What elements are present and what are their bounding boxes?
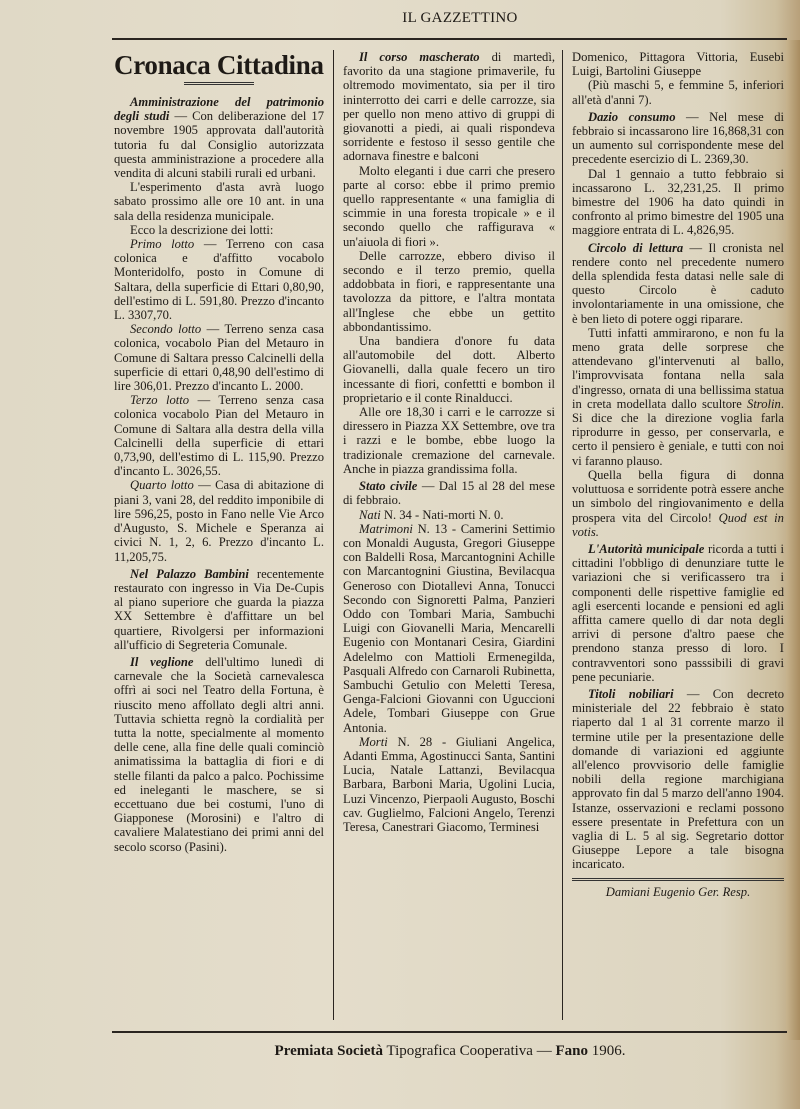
marriages: Matrimoni N. 13 - Camerini Settimio con … xyxy=(343,522,555,735)
deaths: Morti N. 28 - Giuliani Angelica, Adanti … xyxy=(343,735,555,834)
article-dazio-consumo: Dazio consumo — Nel mese di febbraio si … xyxy=(572,110,784,167)
lot-4: Quarto lotto — Casa di abitazione di pia… xyxy=(114,478,324,563)
column-divider xyxy=(562,50,563,1020)
paragraph: Ecco la descrizione dei lotti: xyxy=(114,223,324,237)
article-palazzo-bambini: Nel Palazzo Bambini recentemente restaur… xyxy=(114,567,324,652)
deaths-continued: Domenico, Pittagora Vittoria, Eusebi Lui… xyxy=(572,50,784,78)
binding-edge xyxy=(786,40,800,1040)
paragraph: Molto eleganti i due carri che presero p… xyxy=(343,164,555,249)
paragraph: (Più maschi 5, e femmine 5, inferiori al… xyxy=(572,78,784,106)
paragraph: Delle carrozze, ebbero diviso il secondo… xyxy=(343,249,555,334)
article-corso-mascherato: Il corso mascherato di martedì, favorito… xyxy=(343,50,555,164)
section-title: Cronaca Cittadina xyxy=(114,50,324,80)
masthead: IL GAZZETTINO xyxy=(380,10,540,27)
column-2: Il corso mascherato di martedì, favorito… xyxy=(343,50,555,834)
bottom-rule xyxy=(112,1031,787,1033)
signature-rule xyxy=(572,878,784,881)
lot-2: Secondo lotto — Terreno senza casa colon… xyxy=(114,322,324,393)
top-rule xyxy=(112,38,787,40)
paragraph: Quella bella figura di donna voluttuosa … xyxy=(572,468,784,539)
lot-3: Terzo lotto — Terreno senza casa colonic… xyxy=(114,393,324,478)
column-1: Cronaca Cittadina Amministrazione del pa… xyxy=(114,50,324,854)
article-titoli-nobiliari: Titoli nobiliari — Con decreto ministeri… xyxy=(572,687,784,872)
article-veglione: Il veglione dell'ultimo lunedì di carnev… xyxy=(114,655,324,854)
signature: Damiani Eugenio Ger. Resp. xyxy=(572,885,784,899)
article-stato-civile: Stato civile — Dal 15 al 28 del mese di … xyxy=(343,479,555,507)
lot-1: Primo lotto — Terreno con casa colonica … xyxy=(114,237,324,322)
births: Nati N. 34 - Nati-morti N. 0. xyxy=(343,508,555,522)
printer-imprint: Premiata Società Tipografica Cooperativa… xyxy=(120,1043,780,1060)
article-autorita-municipale: L'Autorità municipale ricorda a tutti i … xyxy=(572,542,784,684)
article-amministrazione: Amministrazione del patrimonio degli stu… xyxy=(114,95,324,180)
column-3: Domenico, Pittagora Vittoria, Eusebi Lui… xyxy=(572,50,784,899)
title-underline xyxy=(184,82,254,85)
paragraph: Tutti infatti ammirarono, e non fu la me… xyxy=(572,326,784,468)
paragraph: L'esperimento d'asta avrà luogo sabato p… xyxy=(114,180,324,223)
column-divider xyxy=(333,50,334,1020)
paragraph: Alle ore 18,30 i carri e le carrozze si … xyxy=(343,405,555,476)
article-circolo-lettura: Circolo di lettura — Il cronista nel ren… xyxy=(572,241,784,326)
paragraph: Dal 1 gennaio a tutto febbraio si incass… xyxy=(572,167,784,238)
paragraph: Una bandiera d'onore fu data all'automob… xyxy=(343,334,555,405)
newspaper-page: IL GAZZETTINO Cronaca Cittadina Amminist… xyxy=(0,0,800,1109)
